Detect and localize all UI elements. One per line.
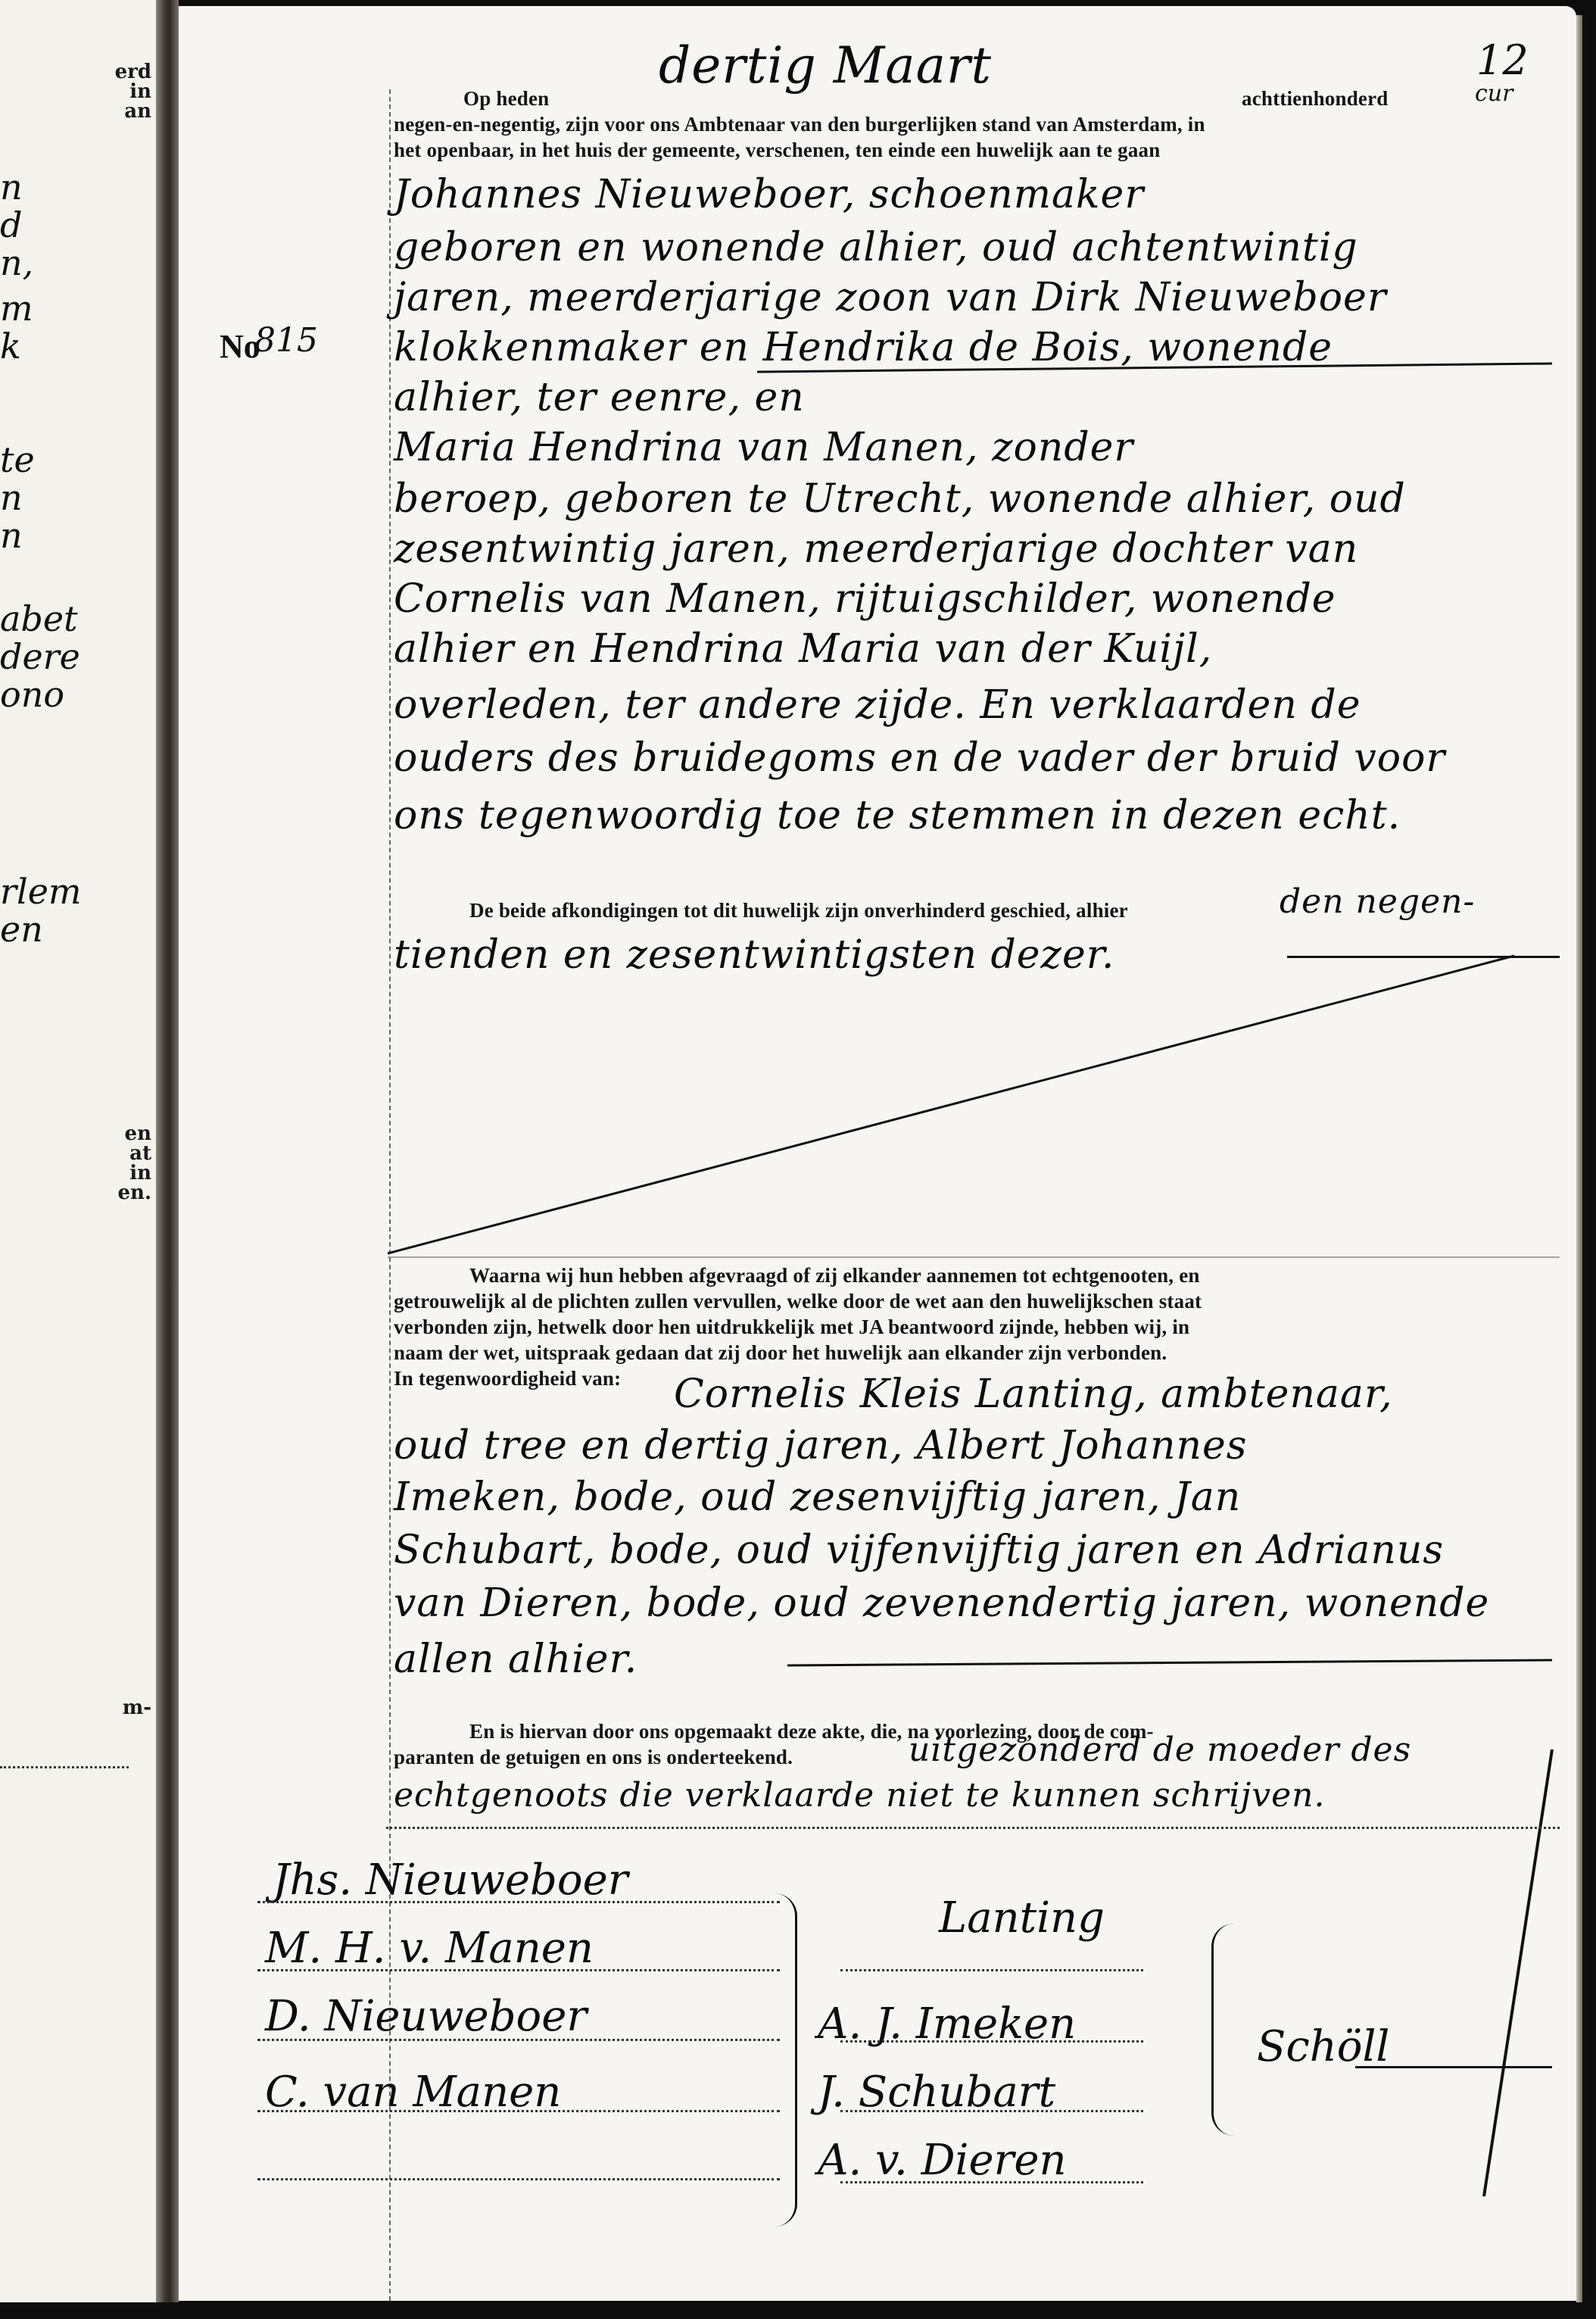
signature-top-dotted-line (386, 1827, 1560, 1829)
ceremony-line: verbonden zijn, hetwelk door hen uitdruk… (394, 1313, 1189, 1341)
signature-line (840, 2110, 1143, 2112)
signature-line (257, 1969, 780, 1971)
signature-bracket (765, 1893, 797, 2227)
signature-groom: Jhs. Nieuweboer (273, 1856, 628, 1905)
signature-line (257, 2110, 780, 2112)
cancellation-diagonal-line (0, 0, 1596, 2319)
signature-groom-father: D. Nieuweboer (265, 1992, 587, 2041)
closing-line-2: paranten de getuigen en ons is onderteek… (394, 1743, 793, 1771)
witness-line: allen alhier. (394, 1636, 637, 1683)
witness-line: van Dieren, bode, oud zevenendertig jare… (394, 1580, 1489, 1627)
witness-line: Imeken, bode, oud zesenvijftig jaren, Ja… (394, 1474, 1241, 1521)
ceremony-line: naam der wet, uitspraak gedaan dat zij d… (394, 1339, 1167, 1366)
signature-line (257, 1901, 780, 1903)
witness-line: Schubart, bode, oud vijfenvijftig jaren … (394, 1527, 1444, 1574)
signature-line (840, 2040, 1143, 2043)
closing-handwritten-1: uitgezonderd de moeder des (909, 1727, 1411, 1774)
signature-bracket (1211, 1924, 1244, 2136)
witness-line: Cornelis Kleis Lanting, ambtenaar, (674, 1371, 1393, 1418)
signature-witness-4: A. v. Dieren (818, 2136, 1067, 2185)
signature-bride: M. H. v. Manen (265, 1924, 594, 1973)
scan-bottom-border (0, 2302, 1596, 2319)
witness-line: oud tree en dertig jaren, Albert Johanne… (394, 1422, 1247, 1469)
signature-line (257, 2178, 780, 2180)
witness-intro: In tegenwoordigheid van: (394, 1365, 621, 1392)
closing-handwritten-2: echtgenoots die verklaarde niet te kunne… (394, 1772, 1325, 1819)
ceremony-line: Waarna wij hun hebben afgevraagd of zij … (469, 1262, 1200, 1289)
signature-official: Schöll (1257, 2022, 1389, 2071)
signature-line (840, 2181, 1143, 2183)
signature-flourish (1355, 2066, 1552, 2068)
signature-witness-1: Lanting (939, 1893, 1105, 1943)
signature-line (840, 1969, 1143, 1971)
signature-line (257, 2039, 780, 2041)
ceremony-line: getrouwelijk al de plichten zullen vervu… (394, 1287, 1202, 1315)
